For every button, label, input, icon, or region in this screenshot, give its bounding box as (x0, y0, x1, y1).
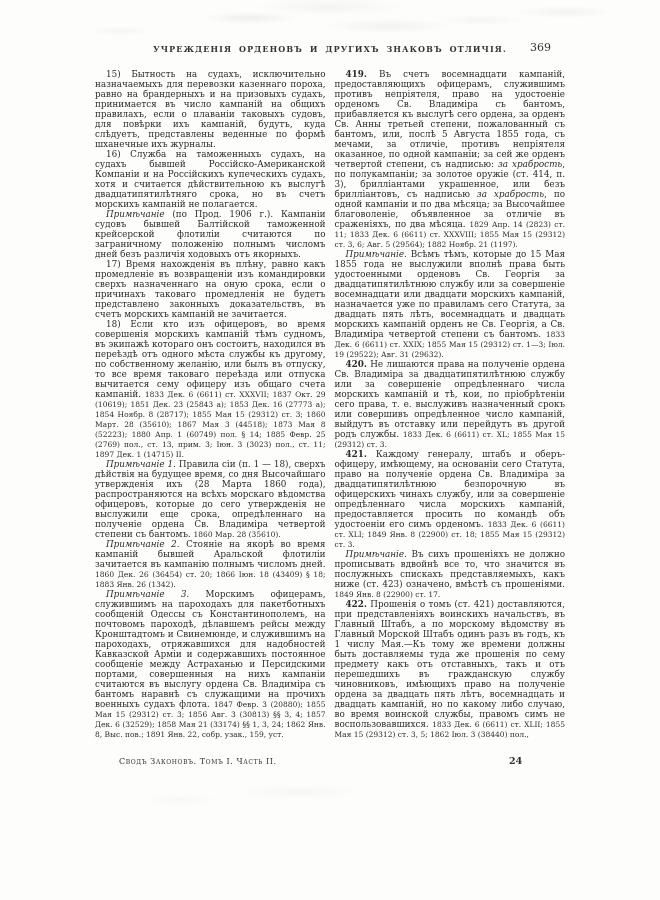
article-419-plain-text: Въ счетъ восемнадцати кампаній, предоста… (335, 70, 566, 170)
article-420-plain-text: Не лишаются права на полученіе ордена Св… (335, 360, 566, 440)
article-422-plain-text: Прошенія о томъ (ст. 421) доставляются, … (335, 600, 566, 730)
page-title: УЧРЕЖДЕНІЯ ОРДЕНОВЪ И ДРУГИХЪ ЗНАКОВЪ ОТ… (95, 44, 565, 54)
item-18: 18) Если кто изъ офицеровъ, во время сов… (95, 320, 326, 460)
note-419: Примѣчаніе. Всѣмъ тѣмъ, которые до 15 Ма… (335, 250, 566, 360)
note-prod-1906: Примѣчаніе (по Прод. 1906 г.). Кампаніи … (95, 210, 326, 260)
item-18-plain-text: 18) Если кто изъ офицеровъ, во время сов… (95, 320, 326, 400)
signature-number: 24 (509, 756, 522, 767)
article-421-plain-text: Каждому генералу, штабъ и оберъ-офицеру,… (335, 450, 566, 530)
note-1: Примѣчаніе 1. Правила сіи (п. 1 — 18), с… (95, 460, 326, 540)
article-420: 420. Не лишаются права на полученіе орде… (335, 360, 566, 450)
text-columns: 15) Бытность на судахъ, исключительно на… (95, 70, 565, 740)
article-419-italic-text: за храбрость (498, 160, 562, 170)
item-18-cite-text: 1833 Дек. 6 (6611) ст. XXXVII; 1837 Окт.… (95, 390, 326, 459)
article-421: 421. Каждому генералу, штабъ и оберъ-офи… (335, 450, 566, 550)
article-419: 419. Въ счетъ восемнадцати кампаній, пре… (335, 70, 566, 250)
article-419-bold-text: 419. (346, 70, 367, 80)
note-1-cite-text: 1860 Мар. 28 (35610). (194, 530, 281, 539)
item-16-plain-text: 16) Служба на таможенныхъ судахъ, на суд… (95, 150, 326, 210)
right-column: 419. Въ счетъ восемнадцати кампаній, пре… (335, 70, 566, 740)
note-421: Примѣчаніе. Въ сихъ прошеніяхъ не должно… (335, 550, 566, 600)
running-head: УЧРЕЖДЕНІЯ ОРДЕНОВЪ И ДРУГИХЪ ЗНАКОВЪ ОТ… (95, 44, 565, 57)
item-15-plain-text: 15) Бытность на судахъ, исключительно на… (95, 70, 326, 150)
page-number: 369 (530, 41, 551, 54)
volume-footnote: Сводъ Законовъ. Томъ I. Часть II. (119, 757, 277, 766)
note-3-italic-text: Примѣчаніе 3. (106, 590, 189, 600)
article-419-italic-text: за храбрость (477, 190, 544, 200)
article-421-bold-text: 421. (346, 450, 367, 460)
note-421-italic-text: Примѣчаніе. (346, 550, 407, 560)
note-2-cite-text: 1860 Дек. 26 (36454) ст. 20; 1866 Іюн. 1… (95, 570, 326, 589)
article-422-bold-text: 422. (346, 600, 367, 610)
note-421-cite-text: 1849 Янв. 8 (22900) ст. 17. (335, 590, 441, 599)
note-3: Примѣчаніе 3. Морскимъ офицерамъ, служив… (95, 590, 326, 740)
item-15: 15) Бытность на судахъ, исключительно на… (95, 70, 326, 150)
item-17-plain-text: 17) Время нахожденія въ плѣну, равно как… (95, 260, 326, 320)
scanned-book-page: УЧРЕЖДЕНІЯ ОРДЕНОВЪ И ДРУГИХЪ ЗНАКОВЪ ОТ… (0, 0, 660, 900)
article-420-bold-text: 420. (346, 360, 367, 370)
note-2-italic-text: Примѣчаніе 2. (106, 540, 180, 550)
page-content: УЧРЕЖДЕНІЯ ОРДЕНОВЪ И ДРУГИХЪ ЗНАКОВЪ ОТ… (95, 44, 565, 740)
note-prod-1906-italic-text: Примѣчаніе (106, 210, 165, 220)
note-1-plain-text: Правила сіи (п. 1 — 18), сверхъ дѣйствія… (95, 460, 326, 540)
note-1-italic-text: Примѣчаніе 1. (106, 460, 176, 470)
note-419-italic-text: Примѣчаніе. (346, 250, 407, 260)
note-2: Примѣчаніе 2. Стояніе на якорѣ во время … (95, 540, 326, 590)
note-3-plain-text: Морскимъ офицерамъ, служившимъ на парохо… (95, 590, 326, 710)
article-422: 422. Прошенія о томъ (ст. 421) доставляю… (335, 600, 566, 740)
note-419-plain-text: Всѣмъ тѣмъ, которые до 15 Мая 1855 года … (335, 250, 566, 340)
item-17: 17) Время нахожденія въ плѣну, равно как… (95, 260, 326, 320)
left-column: 15) Бытность на судахъ, исключительно на… (95, 70, 326, 740)
item-16: 16) Служба на таможенныхъ судахъ, на суд… (95, 150, 326, 210)
